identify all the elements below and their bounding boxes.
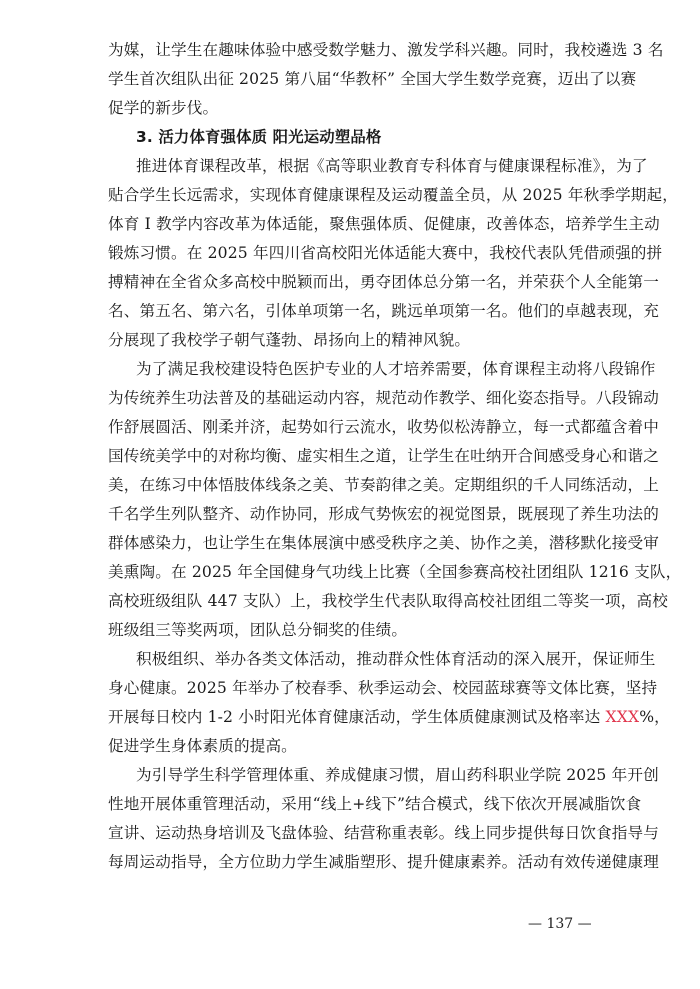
placeholder-highlight: XXX <box>605 708 639 726</box>
paragraph-line: 分展现了我校学子朝气蓬勃、昂扬向上的精神风貌。 <box>108 330 470 350</box>
page-number: — 137 — <box>528 916 592 932</box>
paragraph-line: 推进体育课程改革，根据《高等职业教育专科体育与健康课程标准》，为了 <box>136 156 592 176</box>
text-segment: 开展每日校内 1-2 小时阳光体育健康活动，学生体质健康测试及格率达 <box>108 708 605 726</box>
paragraph-line: 每周运动指导，全方位助力学生减脂塑形、提升健康素养。活动有效传递健康理 <box>108 852 592 872</box>
paragraph-line: 身心健康。2025 年举办了校春季、秋季运动会、校园蓝球赛等文体比赛，坚持 <box>108 678 592 698</box>
paragraph-line: 高校班级组队 447 支队）上，我校学生代表队取得高校社团组二等奖一项，高校 <box>108 591 592 611</box>
paragraph-line: 群体感染力，也让学生在集体展演中感受秩序之美、协作之美，潜移默化接受审 <box>108 533 592 553</box>
paragraph-line: 体育 I 教学内容改革为体适能，聚焦强体质、促健康，改善体态，培养学生主动 <box>108 214 592 234</box>
paragraph-line: 贴合学生长远需求，实现体育健康课程及运动覆盖全员，从 2025 年秋季学期起， <box>108 185 592 205</box>
text-segment: %， <box>639 708 670 726</box>
paragraph-line: 名、第五名、第六名，引体单项第一名，跳远单项第一名。他们的卓越表现，充 <box>108 301 592 321</box>
text-line: 为媒，让学生在趣味体验中感受数学魅力、激发学科兴趣。同时，我校遴选 3 名 <box>108 40 592 60</box>
section-heading: 3. 活力体育强体质 阳光运动塑品格 <box>136 127 381 147</box>
paragraph-line: 宣讲、运动热身培训及飞盘体验、结营称重表彰。线上同步提供每日饮食指导与 <box>108 823 592 843</box>
paragraph-line: 美熏陶。在 2025 年全国健身气功线上比赛（全国参赛高校社团组队 1216 支… <box>108 562 592 582</box>
paragraph-line: 美，在练习中体悟肢体线条之美、节奏韵律之美。定期组织的千人同练活动，上 <box>108 475 592 495</box>
document-page: 为媒，让学生在趣味体验中感受数学魅力、激发学科兴趣。同时，我校遴选 3 名 学生… <box>0 0 700 989</box>
text-line: 学生首次组队出征 2025 第八届“华教杯” 全国大学生数学竞赛，迈出了以赛 <box>108 69 592 89</box>
paragraph-line: 积极组织、举办各类文体活动，推动群众性体育活动的深入展开，保证师生 <box>136 649 592 669</box>
paragraph-line: 作舒展圆活、刚柔并济，起势如行云流水，收势似松涛静立，每一式都蕴含着中 <box>108 417 592 437</box>
paragraph-line: 国传统美学中的对称均衡、虚实相生之道，让学生在吐纳开合间感受身心和谐之 <box>108 446 592 466</box>
paragraph-line-with-highlight: 开展每日校内 1-2 小时阳光体育健康活动，学生体质健康测试及格率达 XXX%， <box>108 707 670 727</box>
paragraph-line: 搏精神在全省众多高校中脱颖而出，勇夺团体总分第一名，并荣获个人全能第一 <box>108 272 592 292</box>
paragraph-line: 为引导学生科学管理体重、养成健康习惯，眉山药科职业学院 2025 年开创 <box>136 765 592 785</box>
paragraph-line: 促进学生身体素质的提高。 <box>108 736 297 756</box>
paragraph-line: 千名学生列队整齐、动作协同，形成气势恢宏的视觉图景，既展现了养生功法的 <box>108 504 592 524</box>
paragraph-line: 锻炼习惯。在 2025 年四川省高校阳光体适能大赛中，我校代表队凭借顽强的拼 <box>108 243 592 263</box>
paragraph-line: 性地开展体重管理活动，采用“线上+线下”结合模式，线下依次开展减脂饮食 <box>108 794 592 814</box>
paragraph-line: 为传统养生功法普及的基础运动内容，规范动作教学、细化姿态指导。八段锦动 <box>108 388 592 408</box>
paragraph-line: 班级组三等奖两项，团队总分铜奖的佳绩。 <box>108 620 407 640</box>
paragraph-line: 为了满足我校建设特色医护专业的人才培养需要，体育课程主动将八段锦作 <box>136 359 592 379</box>
text-line: 促学的新步伐。 <box>108 98 218 118</box>
